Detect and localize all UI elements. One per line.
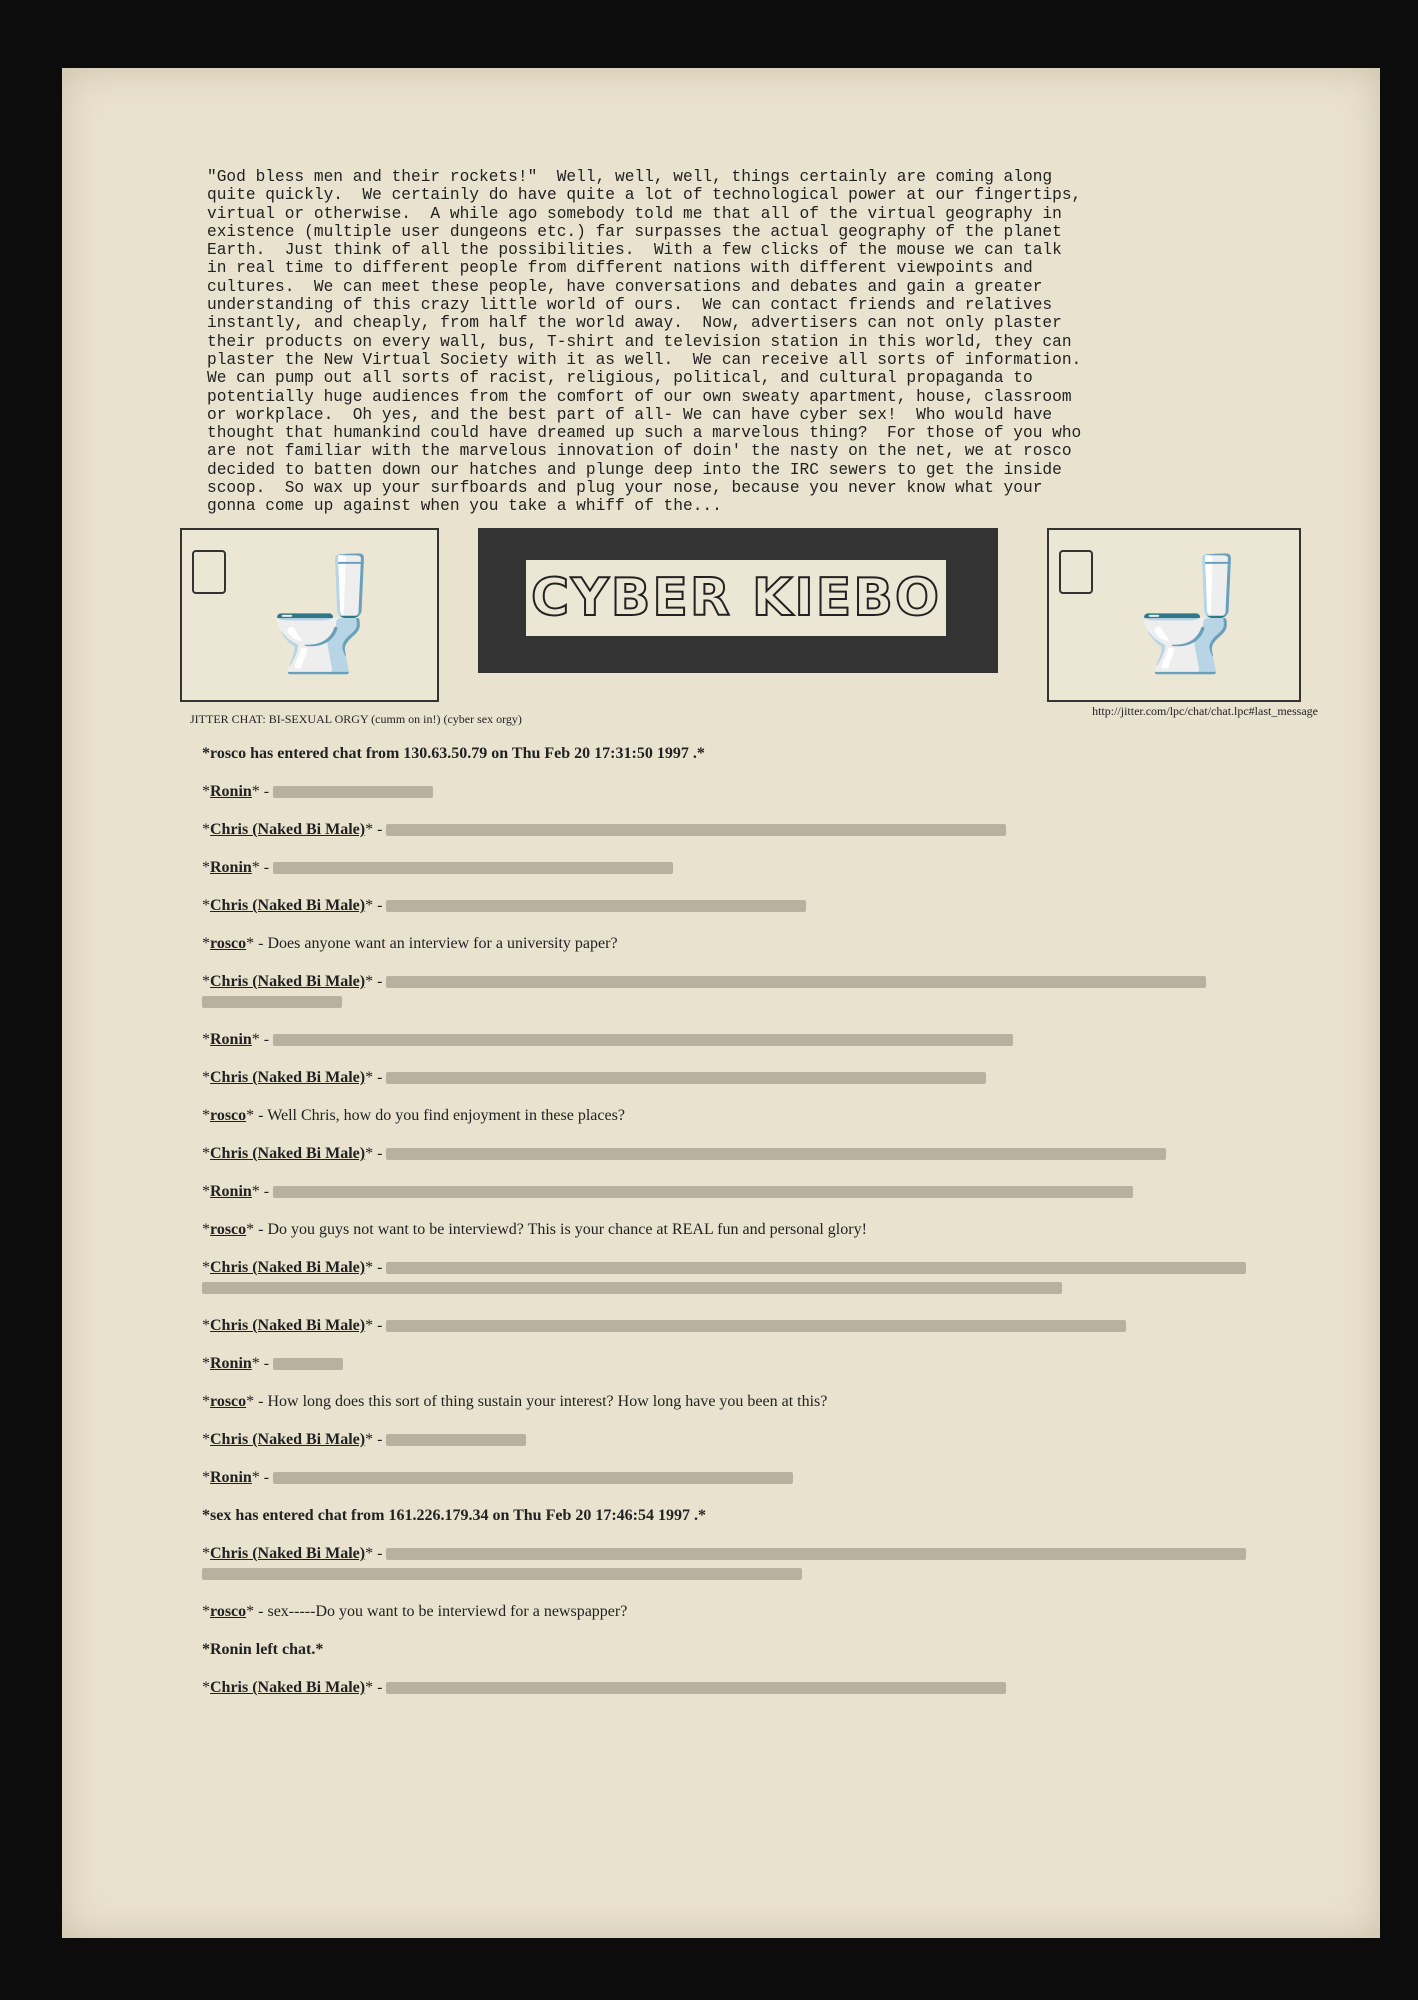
chat-transcript: *rosco has entered chat from 130.63.50.7… [202, 744, 1322, 1716]
chat-line-redacted: *Chris (Naked Bi Male)* - [202, 820, 1322, 840]
title-banner: CYBER KIEBO [478, 528, 998, 673]
chat-line-redacted: *Ronin* - [202, 782, 1322, 802]
chat-line-redacted: *Chris (Naked Bi Male)* - [202, 1678, 1322, 1698]
chat-line: *rosco* - sex-----Do you want to be inte… [202, 1602, 1322, 1622]
toilet-illustration-left: 🚽 [180, 528, 439, 702]
system-line: *rosco has entered chat from 130.63.50.7… [202, 744, 1322, 764]
chat-line-redacted: *Chris (Naked Bi Male)* - [202, 1258, 1322, 1298]
system-line: *sex has entered chat from 161.226.179.3… [202, 1506, 1322, 1526]
chat-line-redacted: *Ronin* - [202, 1468, 1322, 1488]
chat-line-redacted: *Chris (Naked Bi Male)* - [202, 896, 1322, 916]
toilet-paper-icon [192, 550, 226, 594]
system-line: *Ronin left chat.* [202, 1640, 1322, 1660]
banner-title: CYBER KIEBO [526, 560, 946, 636]
chat-room-title: JITTER CHAT: BI-SEXUAL ORGY (cumm on in!… [190, 712, 522, 727]
chat-line: *rosco* - Does anyone want an interview … [202, 934, 1322, 954]
toilet-paper-icon [1059, 550, 1093, 594]
chat-line-redacted: *Chris (Naked Bi Male)* - [202, 1068, 1322, 1088]
chat-line-redacted: *Chris (Naked Bi Male)* - [202, 972, 1322, 1012]
chat-line-redacted: *Ronin* - [202, 1182, 1322, 1202]
chat-url: http://jitter.com/lpc/chat/chat.lpc#last… [1092, 704, 1318, 719]
toilet-illustration-right: 🚽 [1047, 528, 1301, 702]
chat-line-redacted: *Chris (Naked Bi Male)* - [202, 1544, 1322, 1584]
chat-line: *rosco* - Do you guys not want to be int… [202, 1220, 1322, 1240]
chat-line: *rosco* - Well Chris, how do you find en… [202, 1106, 1322, 1126]
chat-line-redacted: *Chris (Naked Bi Male)* - [202, 1144, 1322, 1164]
chat-line-redacted: *Ronin* - [202, 858, 1322, 878]
toilet-icon: 🚽 [252, 550, 389, 679]
newspaper-page: "God bless men and their rockets!" Well,… [62, 68, 1380, 1938]
intro-paragraph: "God bless men and their rockets!" Well,… [207, 168, 1267, 516]
toilet-icon: 🚽 [1119, 550, 1256, 679]
chat-line: *rosco* - How long does this sort of thi… [202, 1392, 1322, 1412]
chat-line-redacted: *Chris (Naked Bi Male)* - [202, 1316, 1322, 1336]
chat-line-redacted: *Chris (Naked Bi Male)* - [202, 1430, 1322, 1450]
chat-line-redacted: *Ronin* - [202, 1354, 1322, 1374]
chat-line-redacted: *Ronin* - [202, 1030, 1322, 1050]
